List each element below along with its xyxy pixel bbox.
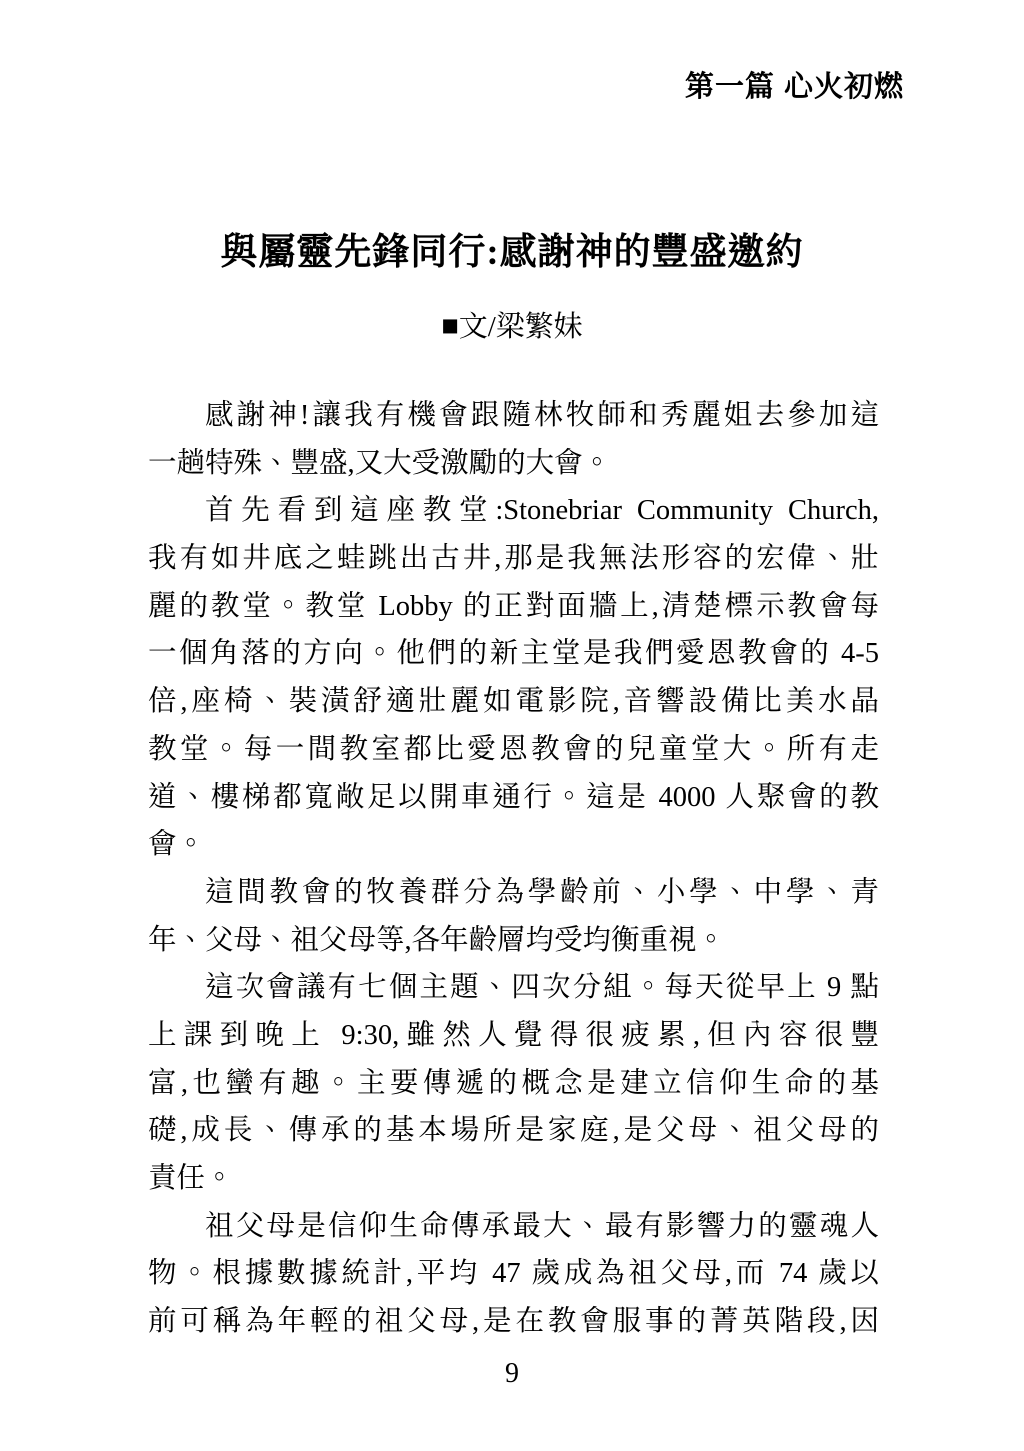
paragraph: 這間教會的牧養群分為學齡前、小學、中學、青年、父母、祖父母等,各年齡層均受均衡重… <box>148 869 879 964</box>
text-line: 首先看到這座教堂:Stonebriar Community Church, <box>148 487 879 535</box>
text-line: 會。 <box>148 821 879 869</box>
byline: ■文/梁繁妹 <box>0 304 1024 345</box>
text-line: 一趟特殊、豐盛,又大受激勵的大會。 <box>148 440 879 488</box>
byline-author: 文/梁繁妹 <box>459 311 583 343</box>
text-line: 物。根據數據統計,平均 47 歲成為祖父母,而 74 歲以 <box>148 1250 879 1298</box>
text-line: 前可稱為年輕的祖父母,是在教會服事的菁英階段,因 <box>148 1298 879 1346</box>
text-line: 我有如井底之蛙跳出古井,那是我無法形容的宏偉、壯 <box>148 535 879 583</box>
text-line: 年、父母、祖父母等,各年齡層均受均衡重視。 <box>148 917 879 965</box>
text-line: 道、樓梯都寬敞足以開車通行。這是 4000 人聚會的教 <box>148 774 879 822</box>
text-line: 一個角落的方向。他們的新主堂是我們愛恩教會的 4-5 <box>148 630 879 678</box>
paragraph: 祖父母是信仰生命傳承最大、最有影響力的靈魂人物。根據數據統計,平均 47 歲成為… <box>148 1203 879 1346</box>
paragraph: 感謝神!讓我有機會跟隨林牧師和秀麗姐去參加這一趟特殊、豐盛,又大受激勵的大會。 <box>148 392 879 487</box>
paragraph: 首先看到這座教堂:Stonebriar Community Church,我有如… <box>148 487 879 869</box>
text-line: 感謝神!讓我有機會跟隨林牧師和秀麗姐去參加這 <box>148 392 879 440</box>
article-body: 感謝神!讓我有機會跟隨林牧師和秀麗姐去參加這一趟特殊、豐盛,又大受激勵的大會。首… <box>148 392 879 1346</box>
text-line: 富,也蠻有趣。主要傳遞的概念是建立信仰生命的基 <box>148 1060 879 1108</box>
text-line: 這間教會的牧養群分為學齡前、小學、中學、青 <box>148 869 879 917</box>
text-line: 上課到晚上 9:30,雖然人覺得很疲累,但內容很豐 <box>148 1012 879 1060</box>
text-line: 礎,成長、傳承的基本場所是家庭,是父母、祖父母的 <box>148 1107 879 1155</box>
paragraph: 這次會議有七個主題、四次分組。每天從早上 9 點上課到晚上 9:30,雖然人覺得… <box>148 964 879 1202</box>
text-line: 祖父母是信仰生命傳承最大、最有影響力的靈魂人 <box>148 1203 879 1251</box>
byline-square-marker-icon: ■ <box>441 310 459 343</box>
running-header: 第一篇 心火初燃 <box>685 64 904 105</box>
book-page: 第一篇 心火初燃 與屬靈先鋒同行:感謝神的豐盛邀約 ■文/梁繁妹 感謝神!讓我有… <box>0 0 1024 1451</box>
article-title: 與屬靈先鋒同行:感謝神的豐盛邀約 <box>0 221 1024 275</box>
text-line: 責任。 <box>148 1155 879 1203</box>
text-line: 教堂。每一間教室都比愛恩教會的兒童堂大。所有走 <box>148 726 879 774</box>
text-line: 倍,座椅、裝潢舒適壯麗如電影院,音響設備比美水晶 <box>148 678 879 726</box>
text-line: 這次會議有七個主題、四次分組。每天從早上 9 點 <box>148 964 879 1012</box>
text-line: 麗的教堂。教堂 Lobby 的正對面牆上,清楚標示教會每 <box>148 583 879 631</box>
page-number: 9 <box>0 1358 1024 1390</box>
